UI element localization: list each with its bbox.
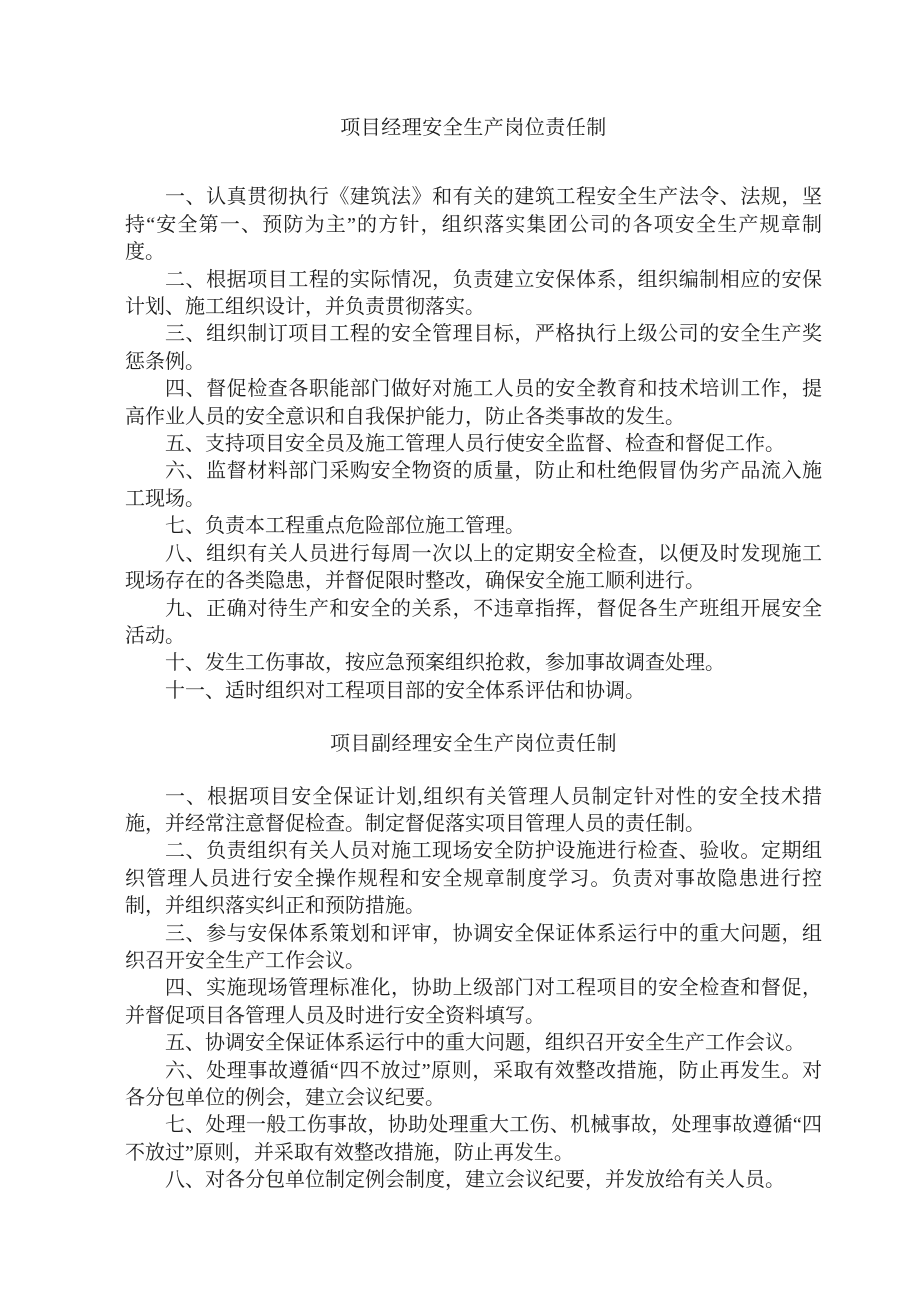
paragraph-4: 四、督促检查各职能部门做好对施工人员的安全教育和技术培训工作，提高作业人员的安全… [125,376,822,431]
paragraph-1: 一、根据项目安全保证计划,组织有关管理人员制定针对性的安全技术措施，并经常注意督… [125,784,822,839]
section-project-manager: 一、认真贯彻执行《建筑法》和有关的建筑工程安全生产法令、法规，坚持“安全第一、预… [125,184,822,705]
paragraph-2: 二、根据项目工程的实际情况，负责建立安保体系，组织编制相应的安保计划、施工组织设… [125,267,822,322]
paragraph-10: 十、发生工伤事故，按应急预案组织抢救，参加事故调查处理。 [125,650,822,677]
paragraph-7: 七、处理一般工伤事故，协助处理重大工伤、机械事故，处理事故遵循“四不放过”原则，… [125,1112,822,1167]
section-title-deputy-project-manager: 项目副经理安全生产岗位责任制 [125,731,822,758]
paragraph-6: 六、处理事故遵循“四不放过”原则，采取有效整改措施，防止再发生。对各分包单位的例… [125,1058,822,1113]
paragraph-6: 六、监督材料部门采购安全物资的质量，防止和杜绝假冒伪劣产品流入施工现场。 [125,458,822,513]
paragraph-8: 八、对各分包单位制定例会制度，建立会议纪要，并发放给有关人员。 [125,1167,822,1194]
paragraph-8: 八、组织有关人员进行每周一次以上的定期安全检查，以便及时发现施工现场存在的各类隐… [125,541,822,596]
paragraph-5: 五、协调安全保证体系运行中的重大问题，组织召开安全生产工作会议。 [125,1030,822,1057]
paragraph-4: 四、实施现场管理标准化，协助上级部门对工程项目的安全检查和督促，并督促项目各管理… [125,975,822,1030]
section-title-project-manager: 项目经理安全生产岗位责任制 [125,115,822,142]
paragraph-3: 三、参与安保体系策划和评审，协调安全保证体系运行中的重大问题，组织召开安全生产工… [125,921,822,976]
paragraph-5: 五、支持项目安全员及施工管理人员行使安全监督、检查和督促工作。 [125,431,822,458]
paragraph-11: 十一、适时组织对工程项目部的安全体系评估和协调。 [125,678,822,705]
section-deputy-project-manager: 一、根据项目安全保证计划,组织有关管理人员制定针对性的安全技术措施，并经常注意督… [125,784,822,1195]
paragraph-2: 二、负责组织有关人员对施工现场安全防护设施进行检查、验收。定期组织管理人员进行安… [125,838,822,920]
document-page: 项目经理安全生产岗位责任制 一、认真贯彻执行《建筑法》和有关的建筑工程安全生产法… [0,0,920,1302]
paragraph-3: 三、组织制订项目工程的安全管理目标，严格执行上级公司的安全生产奖惩条例。 [125,321,822,376]
paragraph-7: 七、负责本工程重点危险部位施工管理。 [125,513,822,540]
paragraph-1: 一、认真贯彻执行《建筑法》和有关的建筑工程安全生产法令、法规，坚持“安全第一、预… [125,184,822,266]
paragraph-9: 九、正确对待生产和安全的关系，不违章指挥，督促各生产班组开展安全活动。 [125,596,822,651]
